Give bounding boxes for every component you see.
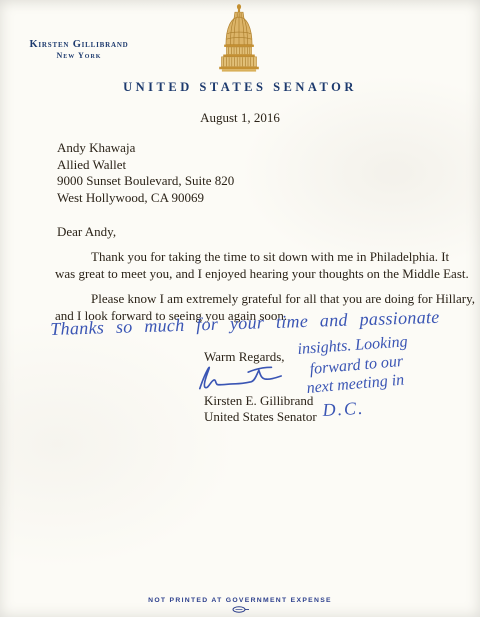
signature-name: Kirsten E. Gillibrand [204,393,313,409]
signature-title: United States Senator [204,409,317,425]
signature-scribble [193,359,285,395]
recipient-name: Andy Khawaja [57,140,234,157]
recipient-city: West Hollywood, CA 90069 [57,190,234,207]
handwritten-note-line-5: D.C. [322,398,365,421]
paragraph-1-line-1: Thank you for taking the time to sit dow… [91,248,449,265]
union-bug-icon [230,605,250,614]
letterhead-banner: United States Senator [0,80,480,95]
letterhead-senator-name: Kirsten Gillibrand [24,39,134,50]
paragraph-1-line-2: was great to meet you, and I enjoyed hea… [55,265,469,282]
recipient-company: Allied Wallet [57,157,234,174]
letter-page: Kirsten Gillibrand New York United State… [0,0,480,617]
footer-note: Not printed at government expense [0,597,480,604]
recipient-address: Andy Khawaja Allied Wallet 9000 Sunset B… [57,140,234,206]
salutation: Dear Andy, [57,224,116,240]
recipient-street: 9000 Sunset Boulevard, Suite 820 [57,173,234,190]
us-capitol-dome-icon [212,3,266,79]
letter-date: August 1, 2016 [0,110,480,126]
paragraph-2-line-1: Please know I am extremely grateful for … [91,290,475,307]
letterhead-state: New York [24,51,134,60]
